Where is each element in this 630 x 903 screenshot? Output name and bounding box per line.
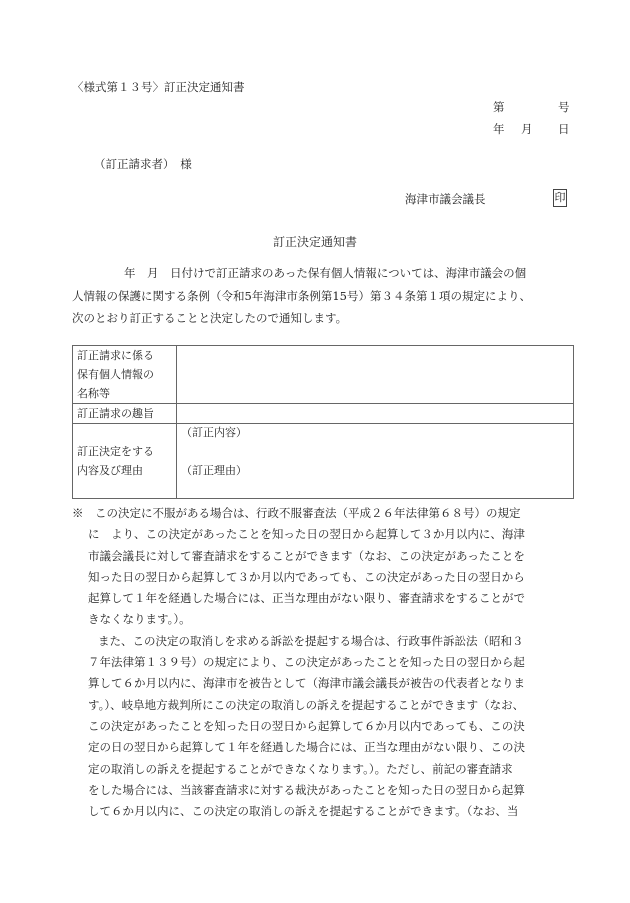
seal-icon: 印 xyxy=(553,189,567,207)
intro-paragraph: 年 月 日付けで訂正請求のあった保有個人情報については、海津市議会の個 人情報の… xyxy=(72,262,576,330)
label-line: 訂正請求の趣旨 xyxy=(77,404,172,423)
note-line: 知った日の翌日から起算して３か月以内であっても、この決定があった日の翌日から xyxy=(72,567,582,588)
table-row: 訂正請求に係る 保有個人情報の 名称等 xyxy=(73,346,574,404)
appeal-notes: ※ この決定に不服がある場合は、行政不服審査法（平成２６年法律第６８号）の規定 … xyxy=(72,503,582,822)
label-line: 内容及び理由 xyxy=(77,461,172,480)
form-number-label: 〈様式第１３号〉訂正決定通知書 xyxy=(72,79,245,95)
note-line: 市議会議長に対して審査請求をすることができます（なお、この決定があったことを xyxy=(72,546,582,567)
table-row: 訂正請求の趣旨 xyxy=(73,404,574,424)
label-line: 訂正決定をする xyxy=(77,442,172,461)
date-day-label: 日 xyxy=(558,121,570,137)
table-row: 訂正決定をする 内容及び理由 （訂正内容） （訂正理由） xyxy=(73,424,574,499)
note-line: す。）、岐阜地方裁判所にこの決定の取消しの訴えを提起することができます（なお、 xyxy=(72,695,582,716)
note-line: して６か月以内に、この決定の取消しの訴えを提起することができます。（なお、当 xyxy=(72,801,582,822)
correction-content-label: （訂正内容） xyxy=(181,423,569,442)
sender-name: 海津市議会議長 xyxy=(405,191,486,207)
note-line: 起算して１年を経過した場合には、正当な理由がない限り、審査請求をすることがで xyxy=(72,588,582,609)
note-line: ※ この決定に不服がある場合は、行政不服審査法（平成２６年法律第６８号）の規定 xyxy=(72,503,582,524)
note-line: をした場合には、当該審査請求に対する裁決があったことを知った日の翌日から起算 xyxy=(72,780,582,801)
intro-line: 次のとおり訂正することと決定したので通知します。 xyxy=(72,307,576,330)
note-line: に より、この決定があったことを知った日の翌日から起算して３か月以内に、海津 xyxy=(72,524,582,545)
note-line: 定の日の翌日から起算して１年を経過した場合には、正当な理由がない限り、この決 xyxy=(72,737,582,758)
document-number-suffix: 号 xyxy=(558,99,570,115)
addressee: （訂正請求者） 様 xyxy=(94,156,192,172)
date-month-label: 月 xyxy=(521,121,533,137)
note-line: この決定があったことを知った日の翌日から起算して６か月以内であっても、この決 xyxy=(72,716,582,737)
intro-line: 年 月 日付けで訂正請求のあった保有個人情報については、海津市議会の個 xyxy=(72,262,576,285)
correction-form-table: 訂正請求に係る 保有個人情報の 名称等 訂正請求の趣旨 訂正決定をする 内容及び… xyxy=(72,345,574,499)
value-target-info[interactable] xyxy=(177,346,574,404)
note-line: 定の取消しの訴えを提起することができなくなります。）。ただし、前記の審査請求 xyxy=(72,759,582,780)
row-label-request-purpose: 訂正請求の趣旨 xyxy=(73,404,177,424)
value-decision-content[interactable]: （訂正内容） （訂正理由） xyxy=(177,424,574,499)
document-title: 訂正決定通知書 xyxy=(0,233,630,250)
intro-line: 人情報の保護に関する条例（令和5年海津市条例第15号）第３４条第１項の規定により… xyxy=(72,285,576,308)
row-label-target-info: 訂正請求に係る 保有個人情報の 名称等 xyxy=(73,346,177,404)
label-line: 保有個人情報の xyxy=(77,365,172,384)
note-line: 算して６か月以内に、海津市を被告として（海津市議会議長が被告の代表者となりま xyxy=(72,673,582,694)
note-line: また、この決定の取消しを求める訴訟を提起する場合は、行政事件訴訟法（昭和３ xyxy=(72,631,582,652)
label-line: 名称等 xyxy=(77,384,172,403)
row-label-decision-content: 訂正決定をする 内容及び理由 xyxy=(73,424,177,499)
note-line: ７年法律第１３９号）の規定により、この決定があったことを知った日の翌日から起 xyxy=(72,652,582,673)
value-request-purpose[interactable] xyxy=(177,404,574,424)
date-year-label: 年 xyxy=(493,121,505,137)
correction-reason-label: （訂正理由） xyxy=(181,461,569,480)
label-line: 訂正請求に係る xyxy=(77,346,172,365)
note-line: きなくなります。）。 xyxy=(72,609,582,630)
document-number-prefix: 第 xyxy=(493,99,505,115)
